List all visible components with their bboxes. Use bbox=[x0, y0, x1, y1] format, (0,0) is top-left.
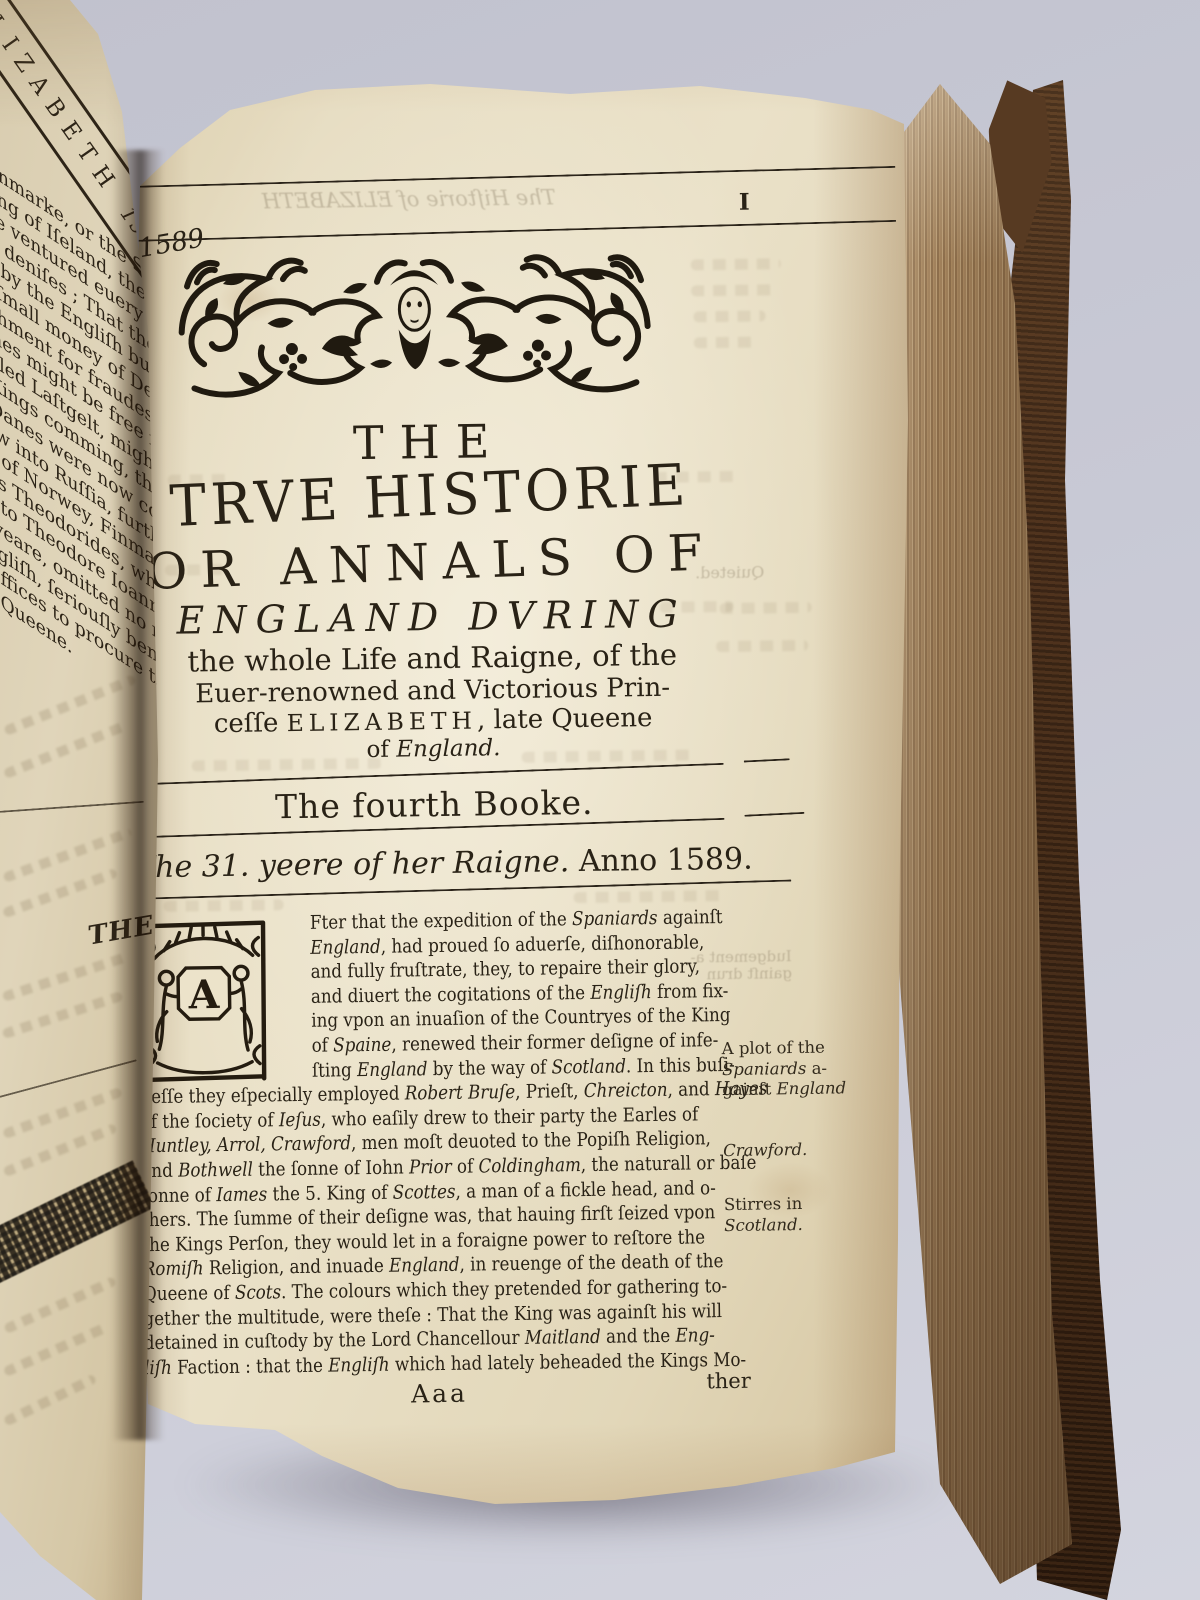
showthrough-smudge bbox=[720, 602, 812, 614]
woodcut-headpiece-ornament bbox=[171, 248, 659, 407]
page-number: I bbox=[739, 189, 751, 216]
section-rule-dash bbox=[744, 812, 804, 817]
margin-note-plot: A plot of theSpaniards a-gainſt England bbox=[722, 1037, 908, 1101]
gathering-signature: Aaa bbox=[144, 1375, 734, 1412]
regnal-year-heading: The 31. yeere of her Raigne. Anno 1589. bbox=[135, 842, 735, 885]
headpiece-mask-face bbox=[399, 288, 430, 330]
showthrough-running-title: The Hiſtorie of ELIZABETH bbox=[262, 185, 556, 213]
showthrough-smudge bbox=[694, 337, 756, 349]
showthrough-smudge bbox=[574, 890, 724, 903]
margin-note-stirres: Stirres inScotland. bbox=[724, 1192, 910, 1236]
left-showthrough-smudge bbox=[2, 991, 124, 1039]
showthrough-smudge bbox=[691, 284, 779, 296]
body-text: Fter that the expedition of the Spaniard… bbox=[138, 904, 784, 1380]
left-running-header-text: ELIZABETH bbox=[0, 0, 126, 201]
showthrough-smudge bbox=[164, 899, 284, 912]
left-ornament-band bbox=[0, 1160, 156, 1283]
left-showthrough-smudge bbox=[3, 1323, 108, 1377]
left-showthrough-smudge bbox=[3, 1374, 97, 1427]
right-page-content: The Hiſtorie of ELIZABETH I 1589 bbox=[91, 0, 933, 1600]
catchword: ther bbox=[706, 1369, 751, 1394]
header-rule-top bbox=[130, 166, 896, 188]
title-england-during: ENGLAND DVRING bbox=[131, 591, 732, 643]
left-catchword: THE bbox=[86, 910, 157, 951]
header-rule-bottom bbox=[130, 220, 896, 242]
section-rule-dash bbox=[744, 758, 790, 762]
showthrough-smudge bbox=[691, 258, 781, 270]
showthrough-note-judgement: Iudgement a-gainſt drun bbox=[690, 948, 792, 983]
margin-note-crawford: Crawford. bbox=[723, 1138, 908, 1161]
right-page: The Hiſtorie of ELIZABETH I 1589 bbox=[100, 0, 920, 1600]
showthrough-smudge bbox=[693, 310, 765, 322]
left-end-rule bbox=[0, 801, 144, 813]
showthrough-note-quieted: Quieted. bbox=[695, 562, 764, 582]
